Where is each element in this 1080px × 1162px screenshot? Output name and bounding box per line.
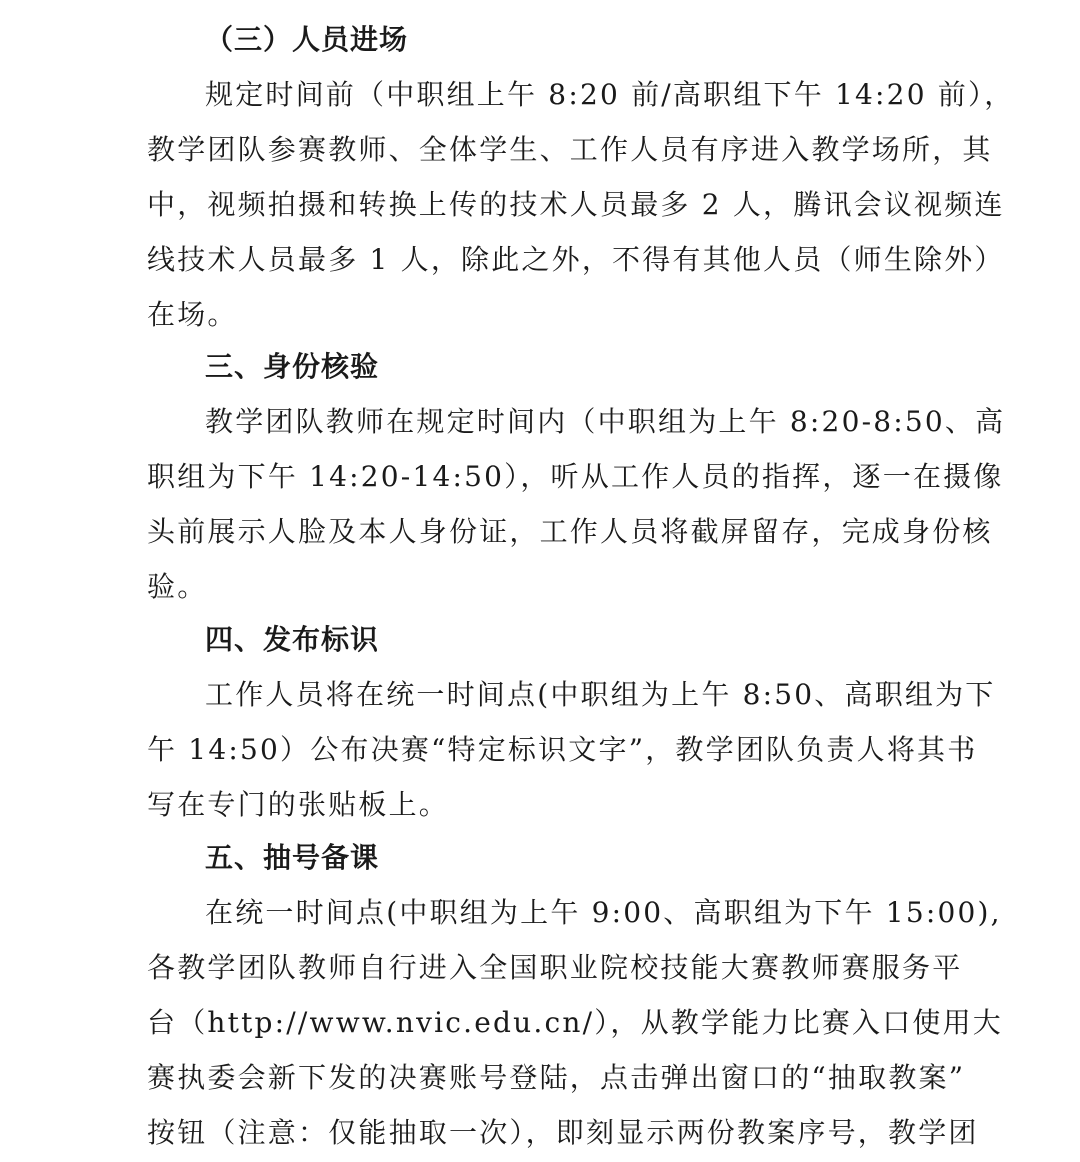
section-heading-draw-prep: 五、抽号备课 [205,838,1005,878]
paragraph-line: 在统一时间点(中职组为上午 9:00、高职组为下午 15:00), [205,893,947,933]
paragraph-line: 工作人员将在统一时间点(中职组为上午 8:50、高职组为下 [205,675,947,715]
paragraph-line: 验。 [147,567,947,607]
paragraph-line: 头前展示人脸及本人身份证，工作人员将截屏留存，完成身份核 [147,512,947,552]
paragraph-line: 赛执委会新下发的决赛账号登陆，点击弹出窗口的“抽取教案” [147,1058,947,1098]
paragraph-line: 线技术人员最多 1 人，除此之外，不得有其他人员（师生除外） [147,240,947,280]
paragraph-line: 按钮（注意：仅能抽取一次），即刻显示两份教案序号，教学团 [147,1113,947,1153]
paragraph-line: 写在专门的张贴板上。 [147,785,947,825]
paragraph-line: 各教学团队教师自行进入全国职业院校技能大赛教师赛服务平 [147,948,947,988]
section-heading-identity-check: 三、身份核验 [205,347,1005,387]
paragraph-line: 教学团队教师在规定时间内（中职组为上午 8:20-8:50、高 [205,402,947,442]
paragraph-line: 职组为下午 14:20-14:50），听从工作人员的指挥，逐一在摄像 [147,457,947,497]
section-heading-publish-marker: 四、发布标识 [205,620,1005,660]
paragraph-line: 教学团队参赛教师、全体学生、工作人员有序进入教学场所，其 [147,130,947,170]
paragraph-line: 中，视频拍摄和转换上传的技术人员最多 2 人，腾讯会议视频连 [147,185,947,225]
paragraph-line: 在场。 [147,295,947,335]
paragraph-line: 规定时间前（中职组上午 8:20 前/高职组下午 14:20 前）， [205,75,947,115]
paragraph-line: 台（http://www.nvic.edu.cn/），从教学能力比赛入口使用大 [147,1003,947,1043]
section-heading-personnel-entry: （三）人员进场 [205,20,1005,60]
paragraph-line: 午 14:50）公布决赛“特定标识文字”，教学团队负责人将其书 [147,730,947,770]
